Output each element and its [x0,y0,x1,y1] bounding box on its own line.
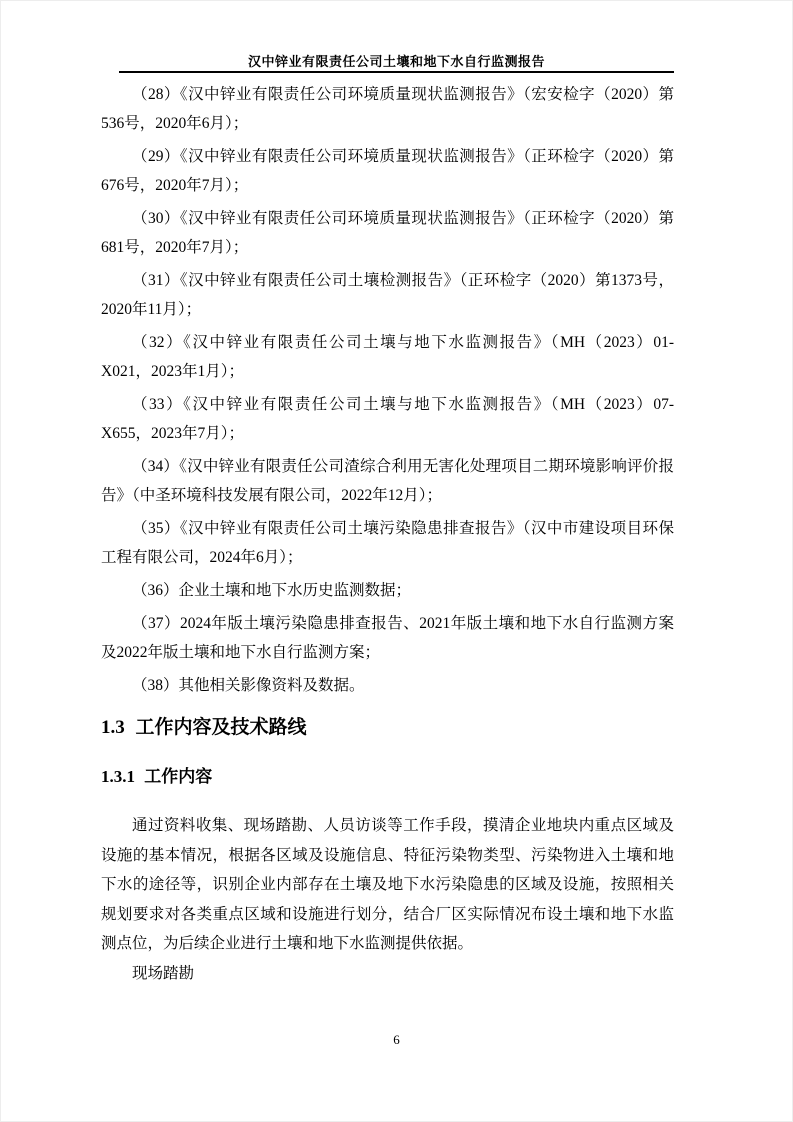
page-header-title: 汉中锌业有限责任公司土壤和地下水自行监测报告 [1,51,792,70]
reference-item: （34）《汉中锌业有限责任公司渣综合利用无害化处理项目二期环境影响评价报告》（中… [101,452,674,510]
reference-item: （29）《汉中锌业有限责任公司环境质量现状监测报告》（正环检字（2020）第67… [101,142,674,200]
section-heading: 1.3 工作内容及技术路线 [101,715,674,741]
reference-list: （28）《汉中锌业有限责任公司环境质量现状监测报告》（宏安检字（2020）第53… [101,80,674,700]
reference-item: （36）企业土壤和地下水历史监测数据； [101,576,674,605]
reference-item: （37）2024年版土壤污染隐患排查报告、2021年版土壤和地下水自行监测方案及… [101,609,674,667]
header-rule [119,71,674,73]
reference-item: （31）《汉中锌业有限责任公司土壤检测报告》（正环检字（2020）第1373号，… [101,266,674,324]
reference-item: （33）《汉中锌业有限责任公司土壤与地下水监测报告》（MH（2023）07-X6… [101,390,674,448]
page-content: （28）《汉中锌业有限责任公司环境质量现状监测报告》（宏安检字（2020）第53… [101,80,674,988]
reference-item: （38）其他相关影像资料及数据。 [101,671,674,700]
document-page: 汉中锌业有限责任公司土壤和地下水自行监测报告 （28）《汉中锌业有限责任公司环境… [0,0,793,1122]
reference-item: （28）《汉中锌业有限责任公司环境质量现状监测报告》（宏安检字（2020）第53… [101,80,674,138]
reference-item: （32）《汉中锌业有限责任公司土壤与地下水监测报告》（MH（2023）01-X0… [101,328,674,386]
subsection-heading: 1.3.1 工作内容 [101,765,674,789]
reference-item: （30）《汉中锌业有限责任公司环境质量现状监测报告》（正环检字（2020）第68… [101,204,674,262]
reference-item: （35）《汉中锌业有限责任公司土壤污染隐患排查报告》（汉中市建设项目环保工程有限… [101,514,674,572]
body-paragraph: 通过资料收集、现场踏勘、人员访谈等工作手段，摸清企业地块内重点区域及设施的基本情… [101,811,674,959]
fieldwork-label: 现场踏勘 [101,959,674,989]
page-number: 6 [1,1032,792,1048]
